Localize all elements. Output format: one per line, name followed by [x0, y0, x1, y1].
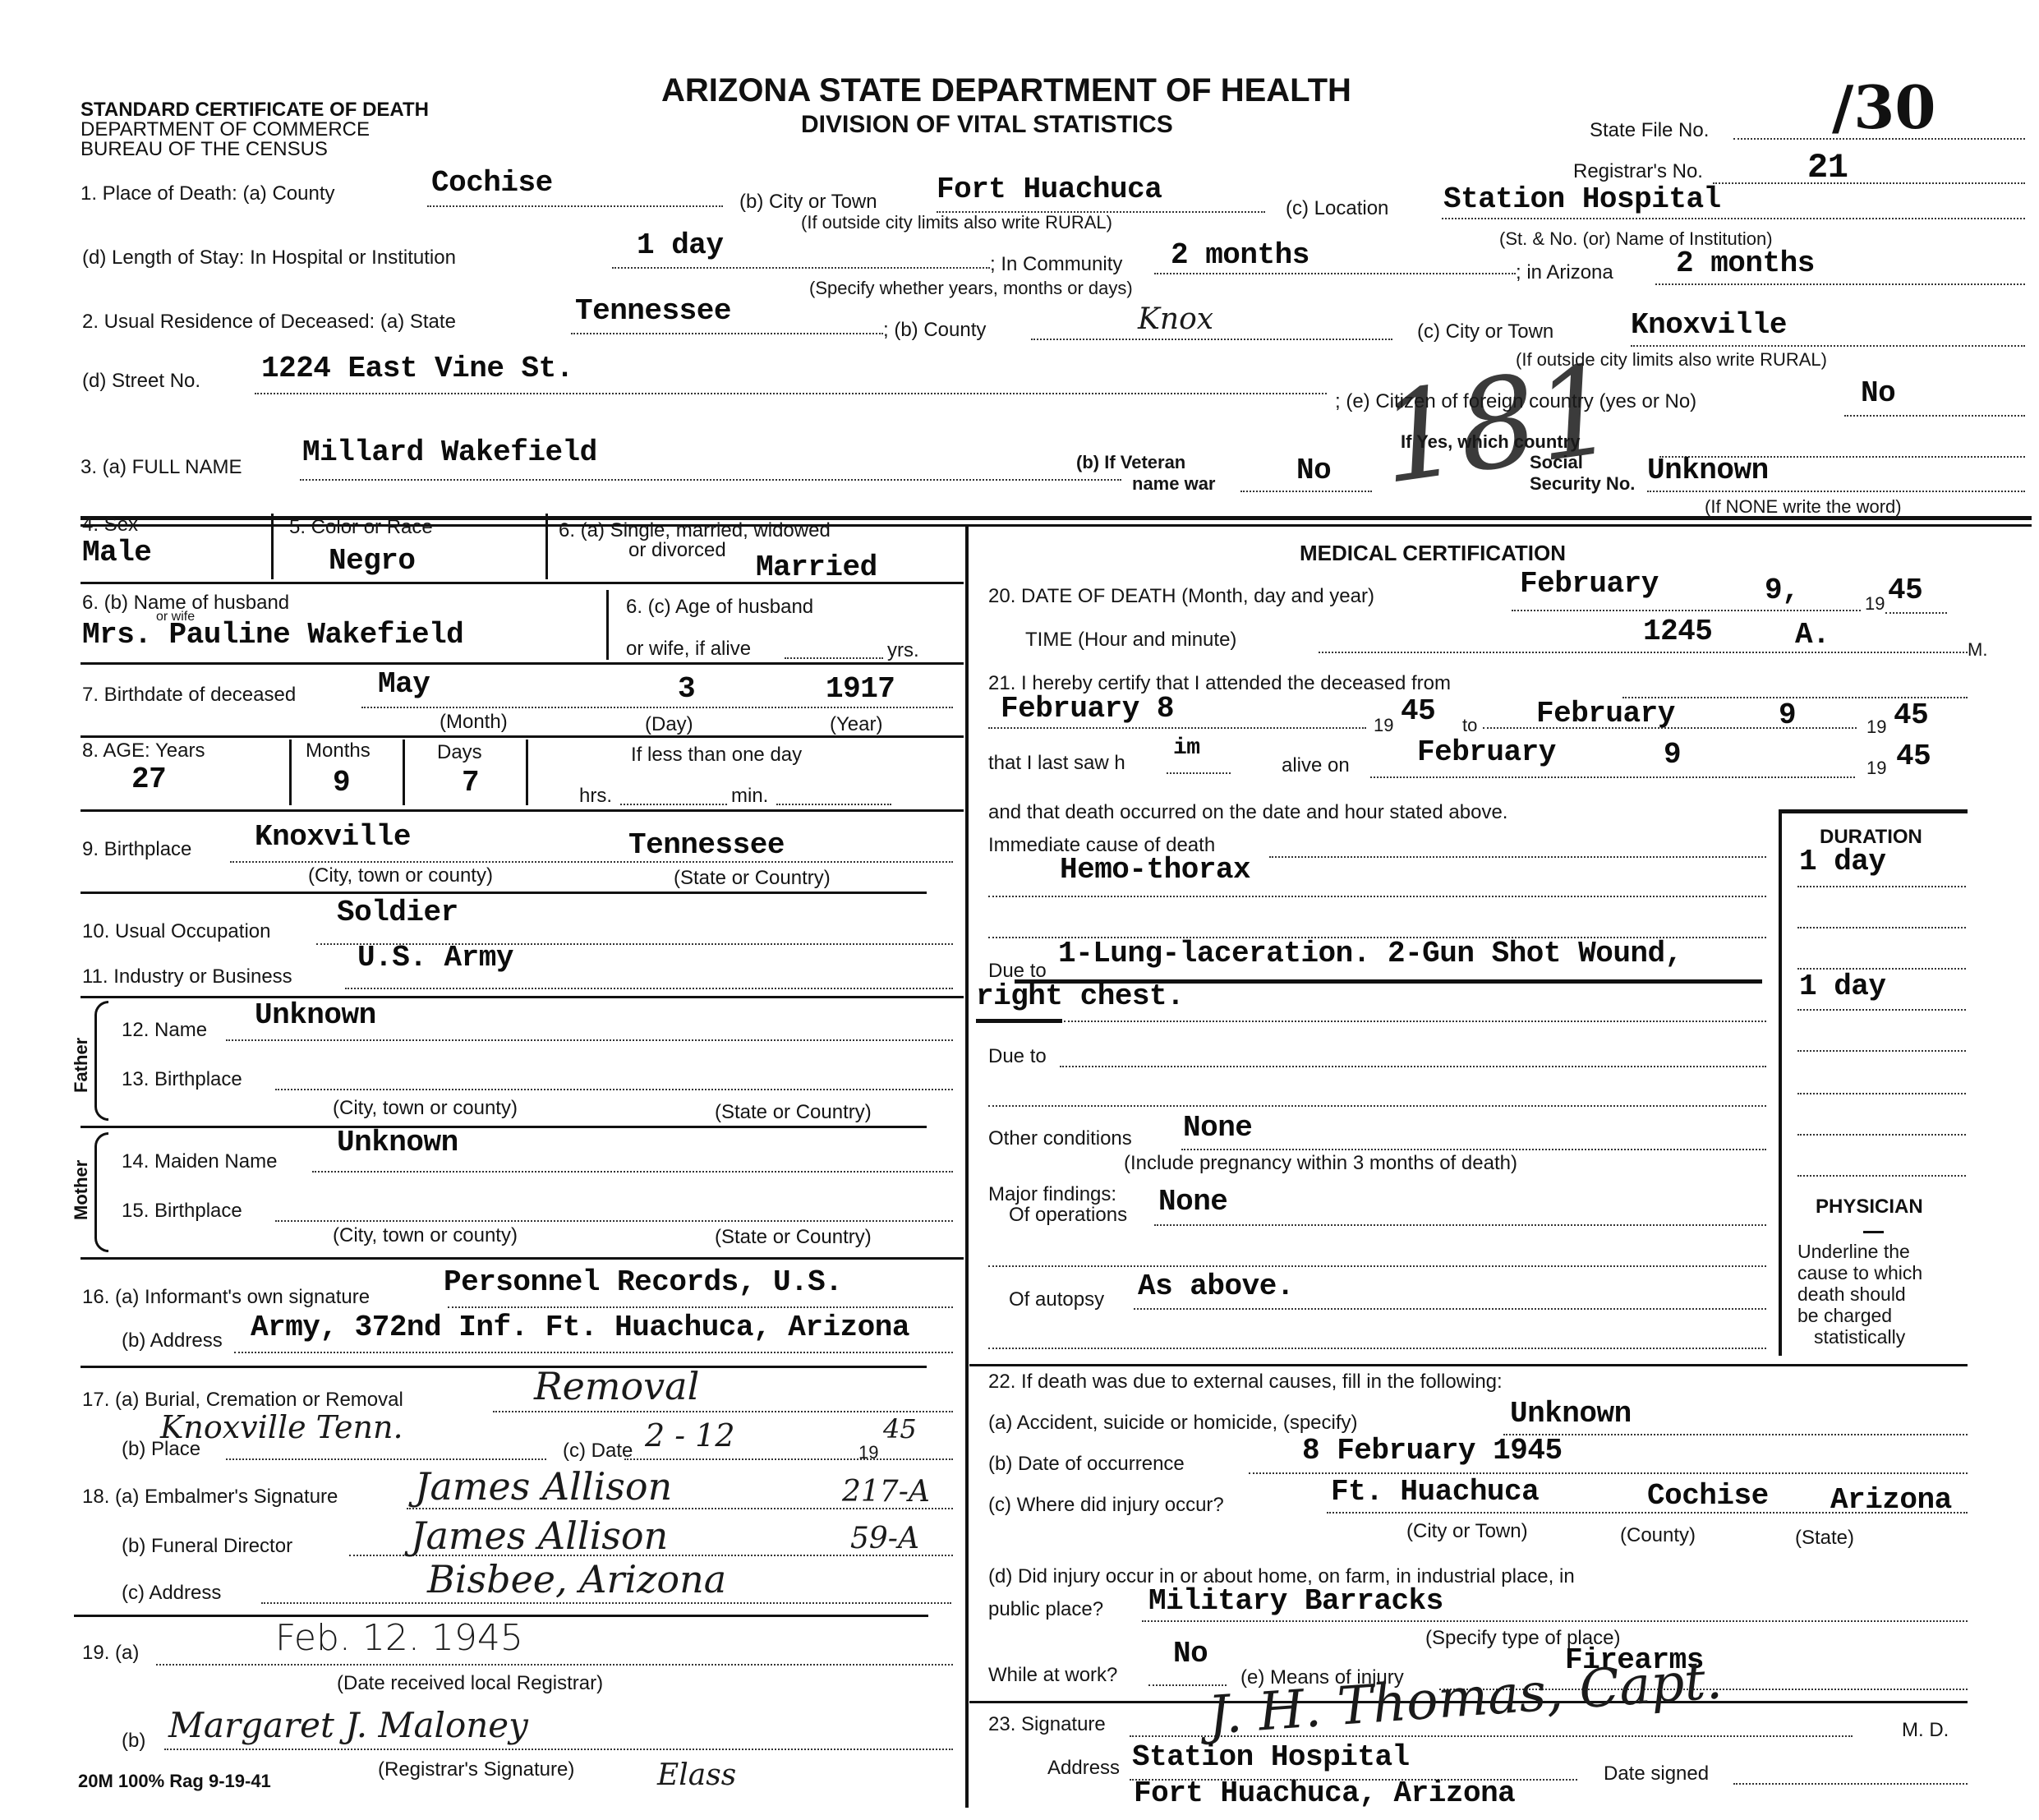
- birth-day-value: 3: [678, 672, 695, 706]
- stay-note: (Specify whether years, months or days): [809, 278, 1133, 299]
- birth-year-value: 1917: [826, 672, 895, 706]
- full-name-value: Millard Wakefield: [302, 435, 597, 469]
- immediate-cause-value: Hemo-thorax: [1060, 853, 1250, 887]
- less-than-day-label: If less than one day: [631, 744, 802, 767]
- race-value: Negro: [329, 544, 416, 578]
- injury-state-value: Arizona: [1830, 1483, 1952, 1517]
- manner-value: Unknown: [1510, 1397, 1632, 1431]
- father-name-value: Unknown: [255, 998, 376, 1032]
- funeral-director-license: 59-A: [850, 1522, 919, 1555]
- spouse-age-label: 6. (c) Age of husband: [626, 596, 813, 619]
- death-location-label: (c) Location: [1286, 197, 1388, 220]
- last-saw-pronoun: im: [1173, 735, 1200, 761]
- burial-place-value: Knoxville Tenn.: [160, 1409, 403, 1445]
- embalmer-label: 18. (a) Embalmer's Signature: [82, 1486, 338, 1509]
- embalmer-license: 217-A: [842, 1475, 930, 1509]
- residence-city-value: Knoxville: [1631, 308, 1787, 342]
- father-state-note: (State or Country): [715, 1101, 872, 1124]
- to-year-prefix: 19: [1866, 716, 1886, 738]
- attended-from-year: 45: [1401, 694, 1435, 728]
- registrar-date-value: Feb. 12. 1945: [275, 1617, 523, 1659]
- birth-year-note: (Year): [830, 713, 882, 736]
- alive-on-month: February: [1417, 735, 1556, 769]
- attended-to-label: to: [1462, 715, 1477, 736]
- minutes-label: min.: [731, 785, 768, 808]
- other-conditions-label: Other conditions: [988, 1127, 1132, 1150]
- informant-address-label: (b) Address: [122, 1329, 223, 1352]
- other-conditions-value: None: [1183, 1111, 1252, 1145]
- occurrence-date-label: (b) Date of occurrence: [988, 1453, 1185, 1476]
- manner-label: (a) Accident, suicide or homicide, (spec…: [988, 1412, 1358, 1435]
- autopsy-label: Of autopsy: [1009, 1288, 1104, 1311]
- industry-label: 11. Industry or Business: [82, 965, 292, 988]
- spouse-age-label-2: or wife, if alive: [626, 638, 751, 661]
- stay-arizona-label: ; in Arizona: [1516, 261, 1613, 284]
- occupation-label: 10. Usual Occupation: [82, 920, 270, 943]
- due-to-value-line1: 1-Lung-laceration. 2-Gun Shot Wound,: [1058, 937, 1682, 970]
- time-of-death-label: TIME (Hour and minute): [1025, 629, 1236, 652]
- injury-place-label-2: public place?: [988, 1598, 1103, 1621]
- age-months-value: 9: [333, 766, 350, 799]
- occupation-value: Soldier: [337, 896, 458, 929]
- birth-month-value: May: [378, 667, 430, 701]
- stay-community-label: ; In Community: [990, 253, 1122, 276]
- operations-value: None: [1158, 1185, 1227, 1219]
- citizen-value: No: [1861, 376, 1895, 410]
- funeral-address-label: (c) Address: [122, 1582, 221, 1605]
- form-code: 20M 100% Rag 9-19-41: [78, 1771, 271, 1792]
- death-county-value: Cochise: [431, 166, 553, 200]
- age-days-label: Days: [437, 741, 482, 764]
- physician-address-line1: Station Hospital: [1132, 1740, 1410, 1774]
- duration-value-2: 1 day: [1799, 970, 1886, 1003]
- residence-county-label: ; (b) County: [883, 319, 986, 342]
- md-label: M. D.: [1902, 1719, 1949, 1742]
- form-standard-title: STANDARD CERTIFICATE OF DEATH DEPARTMENT…: [81, 100, 429, 159]
- father-side-label: Father: [71, 1038, 92, 1093]
- burial-year-value: 45: [883, 1413, 917, 1444]
- funeral-address-value: Bisbee, Arizona: [427, 1557, 726, 1601]
- registrar-date-note: (Date received local Registrar): [337, 1672, 603, 1695]
- operations-label: Of operations: [1009, 1204, 1127, 1227]
- mother-name-label: 14. Maiden Name: [122, 1150, 277, 1173]
- due-to-2-label: Due to: [988, 1045, 1047, 1068]
- at-work-label: While at work?: [988, 1664, 1117, 1687]
- residence-state-label: 2. Usual Residence of Deceased: (a) Stat…: [82, 311, 456, 334]
- mother-city-note: (City, town or county): [333, 1224, 518, 1247]
- last-saw-label: that I last saw h: [988, 752, 1125, 775]
- marital-status-value: Married: [756, 551, 877, 584]
- time-ampm-value: A.: [1795, 618, 1830, 652]
- birthplace-city-note: (City, town or county): [308, 864, 493, 887]
- injury-place-value: Military Barracks: [1148, 1584, 1443, 1618]
- sex-value: Male: [82, 536, 151, 569]
- registrar-number: 21: [1807, 148, 1848, 187]
- informant-label: 16. (a) Informant's own signature: [82, 1286, 370, 1309]
- residence-county-value: Knox: [1138, 302, 1213, 336]
- mother-state-note: (State or Country): [715, 1226, 872, 1249]
- death-city-value: Fort Huachuca: [937, 173, 1162, 206]
- injury-state-note: (State): [1795, 1527, 1854, 1550]
- document-subtitle: DIVISION OF VITAL STATISTICS: [801, 111, 1173, 139]
- physician-note-line: statistically: [1797, 1326, 1922, 1348]
- medical-certification-heading: MEDICAL CERTIFICATION: [1300, 541, 1566, 566]
- veteran-label: (b) If Veteran: [1076, 452, 1185, 473]
- father-city-note: (City, town or county): [333, 1097, 518, 1120]
- attended-from-value: February 8: [1001, 692, 1174, 726]
- registrar-signature: Margaret J. Maloney: [168, 1705, 528, 1745]
- major-findings-label: Major findings:: [988, 1183, 1116, 1206]
- age-years-value: 27: [131, 763, 166, 796]
- attended-to-month: February: [1536, 697, 1675, 730]
- physician-note-line: be charged: [1797, 1305, 1922, 1326]
- burial-value: Removal: [534, 1364, 699, 1408]
- physician-note-line: Underline the: [1797, 1241, 1922, 1262]
- duration-value-1: 1 day: [1799, 845, 1886, 878]
- stay-community-value: 2 months: [1171, 238, 1309, 272]
- father-birthplace-label: 13. Birthplace: [122, 1068, 242, 1091]
- state-file-number: /30: [1832, 72, 1936, 142]
- injury-location-label: (c) Where did injury occur?: [988, 1494, 1224, 1517]
- stay-arizona-value: 2 months: [1676, 247, 1815, 280]
- state-file-label: State File No.: [1590, 119, 1709, 142]
- physician-heading: PHYSICIAN: [1816, 1196, 1923, 1219]
- age-months-label: Months: [306, 740, 371, 763]
- burial-label: 17. (a) Burial, Cremation or Removal: [82, 1389, 403, 1412]
- spouse-age-unit: yrs.: [887, 639, 919, 662]
- street-label: (d) Street No.: [82, 370, 200, 393]
- stay-hospital-label: (d) Length of Stay: In Hospital or Insti…: [82, 247, 456, 270]
- mother-side-label: Mother: [71, 1160, 92, 1220]
- birthdate-label: 7. Birthdate of deceased: [82, 684, 296, 707]
- birthplace-city-value: Knoxville: [255, 820, 411, 854]
- death-year-value: 45: [1888, 574, 1922, 607]
- registrar-date-label: 19. (a): [82, 1642, 139, 1665]
- age-years-label: 8. AGE: Years: [82, 740, 205, 763]
- mother-birthplace-label: 15. Birthplace: [122, 1200, 242, 1223]
- birthplace-label: 9. Birthplace: [82, 838, 191, 861]
- hours-label: hrs.: [579, 785, 612, 808]
- alive-on-day: 9: [1664, 738, 1681, 772]
- physician-note-line: cause to which: [1797, 1262, 1922, 1283]
- physician-signature: J. H. Thomas, Capt.: [1206, 1650, 1724, 1747]
- residence-city-label: (c) City or Town: [1417, 320, 1553, 343]
- social-security-value: Unknown: [1647, 454, 1769, 487]
- physician-signature-label: 23. Signature: [988, 1713, 1106, 1736]
- attended-to-year: 45: [1894, 698, 1928, 732]
- place-of-death-label: 1. Place of Death: (a) County: [81, 182, 335, 205]
- date-of-death-label: 20. DATE OF DEATH (Month, day and year): [988, 585, 1374, 608]
- funeral-director-signature: James Allison: [411, 1514, 668, 1558]
- race-label: 5. Color or Race: [289, 516, 433, 539]
- injury-county-value: Cochise: [1647, 1479, 1769, 1513]
- attended-to-day: 9: [1779, 698, 1796, 732]
- mother-name-value: Unknown: [337, 1126, 458, 1159]
- death-day-value: 9,: [1765, 574, 1799, 607]
- registrar-signature-note: (Registrar's Signature): [378, 1758, 574, 1781]
- death-location-value: Station Hospital: [1443, 182, 1721, 216]
- document-title: ARIZONA STATE DEPARTMENT OF HEALTH: [661, 72, 1351, 109]
- marital-status-label-2: or divorced: [628, 539, 726, 562]
- funeral-director-label: (b) Funeral Director: [122, 1535, 292, 1558]
- full-name-label: 3. (a) FULL NAME: [81, 456, 242, 479]
- death-city-label: (b) City or Town: [739, 191, 877, 214]
- physician-address-label: Address: [1047, 1757, 1120, 1780]
- stay-hospital-value: 1 day: [637, 228, 724, 262]
- street-value: 1224 East Vine St.: [261, 352, 573, 385]
- external-causes-label: 22. If death was due to external causes,…: [988, 1371, 1503, 1394]
- from-year-prefix: 19: [1374, 715, 1393, 736]
- sex-label: 4. Sex: [82, 514, 138, 537]
- at-work-value: No: [1173, 1637, 1208, 1670]
- residence-state-value: Tennessee: [575, 294, 731, 328]
- autopsy-value: As above.: [1138, 1269, 1294, 1303]
- death-month-value: February: [1520, 567, 1659, 601]
- social-security-note: (If NONE write the word): [1705, 496, 1902, 518]
- industry-value: U.S. Army: [357, 941, 513, 975]
- registrar-number-label: Registrar's No.: [1573, 160, 1703, 183]
- header-line-2: DEPARTMENT OF COMMERCE: [81, 120, 429, 140]
- injury-county-note: (County): [1620, 1524, 1696, 1547]
- header-line-1: STANDARD CERTIFICATE OF DEATH: [81, 100, 429, 120]
- burial-date-value: 2 - 12: [645, 1417, 735, 1454]
- alive-year-prefix: 19: [1866, 758, 1886, 779]
- age-days-value: 7: [462, 766, 479, 799]
- burial-date-label: (c) Date: [563, 1440, 633, 1463]
- registrar-signature-label: (b): [122, 1730, 145, 1753]
- date-signed-label: Date signed: [1604, 1762, 1709, 1785]
- veteran-label-2: name war: [1132, 473, 1216, 495]
- veteran-value: No: [1296, 454, 1331, 487]
- physician-note-line: death should: [1797, 1283, 1922, 1305]
- other-conditions-note: (Include pregnancy within 3 months of de…: [1124, 1152, 1517, 1175]
- birthplace-state-value: Tennessee: [628, 828, 785, 862]
- time-of-death-value: 1245: [1643, 615, 1712, 648]
- father-name-label: 12. Name: [122, 1019, 207, 1042]
- injury-city-value: Ft. Huachuca: [1331, 1475, 1539, 1509]
- stated-above-label: and that death occurred on the date and …: [988, 801, 1507, 824]
- registrar-signature-suffix: Elass: [657, 1758, 736, 1792]
- burial-year-prefix: 19: [858, 1442, 878, 1463]
- time-suffix: M.: [1968, 639, 1987, 661]
- due-to-value-line2: right chest.: [976, 979, 1184, 1013]
- occurrence-date-value: 8 February 1945: [1302, 1434, 1563, 1468]
- informant-address-value: Army, 372nd Inf. Ft. Huachuca, Arizona: [251, 1311, 909, 1344]
- birthplace-state-note: (State or Country): [674, 867, 831, 890]
- death-year-prefix: 19: [1865, 593, 1885, 615]
- physician-note: Underline the cause to which death shoul…: [1797, 1241, 1922, 1348]
- spouse-name-value: Mrs. Pauline Wakefield: [82, 618, 463, 652]
- alive-on-year: 45: [1896, 740, 1931, 773]
- birth-month-note: (Month): [440, 711, 508, 734]
- informant-value-line1: Personnel Records, U.S.: [444, 1265, 842, 1299]
- alive-on-label: alive on: [1282, 754, 1350, 777]
- embalmer-signature: James Allison: [415, 1464, 672, 1509]
- header-line-3: BUREAU OF THE CENSUS: [81, 140, 429, 159]
- injury-city-note: (City or Town): [1406, 1520, 1528, 1543]
- physician-address-line2: Fort Huachuca, Arizona: [1134, 1776, 1515, 1810]
- birth-day-note: (Day): [645, 713, 693, 736]
- death-city-note: (If outside city limits also write RURAL…: [801, 212, 1112, 233]
